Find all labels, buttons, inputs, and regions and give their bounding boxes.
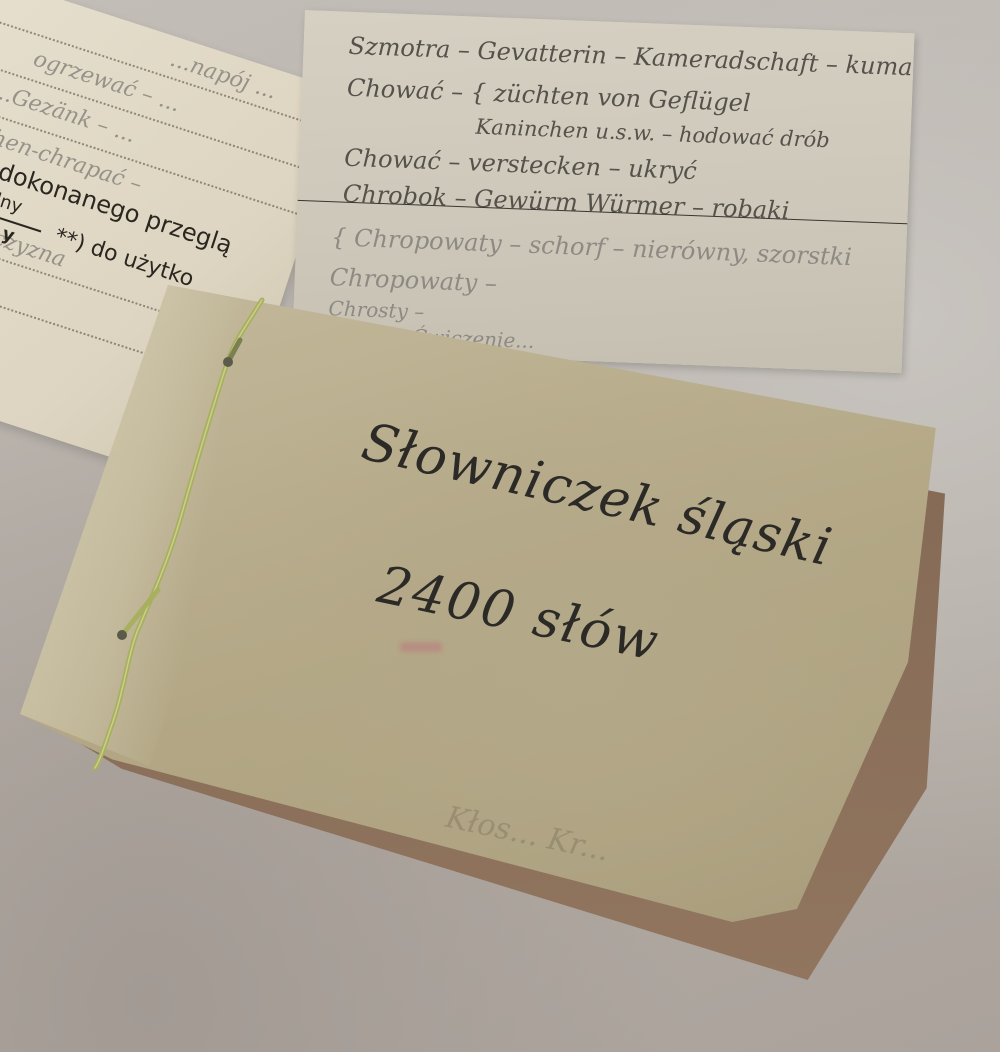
handwritten-entry: { Chropowaty – schorf – nierówny, szorst…: [331, 223, 853, 271]
red-ink-smudge: [400, 642, 442, 652]
handwritten-entry: Chrobok – Gewürm Würmer – robaki: [342, 180, 789, 225]
handwritten-lined-page: Szmotra – Gevatterin – Kameradschaft – k…: [292, 10, 915, 373]
handwritten-entry: Chować – { züchten von Geflügel: [347, 74, 752, 117]
handwritten-entry: Szmotra – Gevatterin – Kameradschaft – k…: [348, 32, 913, 82]
handwritten-entry: Kaninchen u.s.w. – hodować drób: [475, 115, 830, 153]
handwritten-entry: Chować – verstecken – ukryć: [344, 144, 697, 186]
handwritten-entry: Chropowaty –: [329, 263, 497, 297]
